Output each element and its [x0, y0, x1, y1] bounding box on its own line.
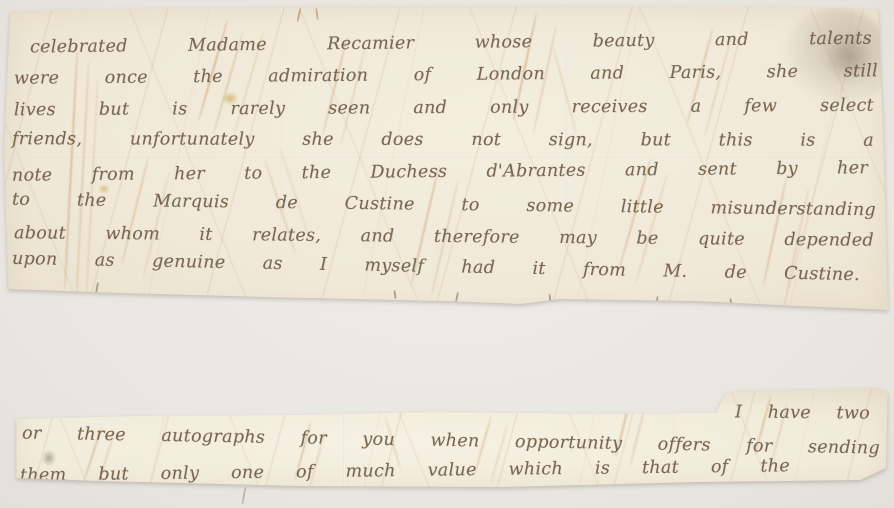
cutoff-stroke-remnant: [315, 8, 319, 20]
manuscript-line: friends, unfortunately she does not sign…: [12, 126, 874, 154]
manuscript-line: to the Marquis de Custine to some little…: [12, 187, 876, 224]
manuscript-line: were once the admiration of London and P…: [14, 58, 878, 92]
letter-fragment-upper: celebrated Madame Recamier whose beauty …: [4, 6, 888, 318]
manuscript-line: lives but is rarely seen and only receiv…: [14, 93, 874, 124]
cutoff-stroke-remnant: [455, 292, 459, 302]
cutoff-stroke-remnant: [297, 8, 302, 22]
scanned-letter-page: celebrated Madame Recamier whose beauty …: [0, 0, 894, 508]
cutoff-stroke-remnant: [655, 296, 658, 306]
letter-fragment-lower: I have two or three autographs for you w…: [12, 386, 892, 496]
manuscript-line: celebrated Madame Recamier whose beauty …: [30, 26, 872, 61]
manuscript-line: note from her to the Duchess d'Abrantes …: [12, 155, 868, 188]
cutoff-stroke-remnant: [729, 298, 733, 307]
manuscript-line: I have two: [735, 399, 870, 426]
cutoff-stroke-remnant: [393, 290, 396, 299]
manuscript-line: them but only one of much value which is…: [20, 453, 790, 488]
cutoff-stroke-remnant: [95, 282, 99, 294]
letter-fragment-upper-wrap: celebrated Madame Recamier whose beauty …: [4, 6, 888, 318]
letter-fragment-lower-wrap: I have two or three autographs for you w…: [12, 386, 892, 496]
cutoff-stroke-remnant: [549, 294, 552, 303]
